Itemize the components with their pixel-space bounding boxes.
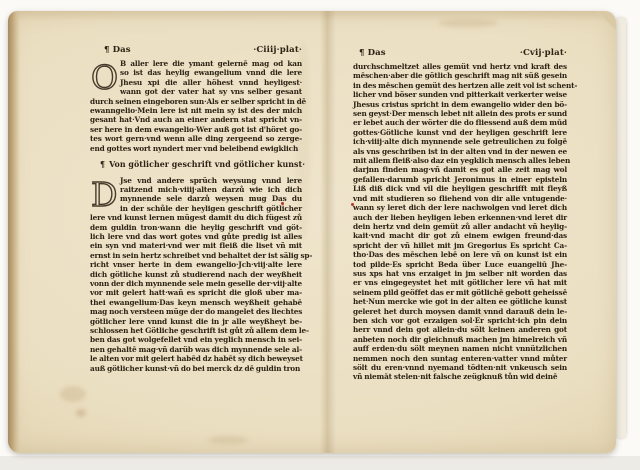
text-line: le alten vor mit gelert habēd dz habēt s… [90,354,302,363]
text-line: ich·viiij·alte dich mynnende sele getreu… [353,137,567,146]
text-line: thei ewangelium·Das keyn mensch weyßheit… [90,298,302,307]
text-line: dem guldin tron·wann die heylig geschrif… [90,223,302,232]
text-line: so ist das heylig ewangelium vnnd die le… [90,68,302,77]
text-line: vñ niemāt stelen·nit falsche zeügknuß tů… [353,372,567,381]
text-line: als vns geschriben ist in der alten vnd … [353,147,567,156]
text-line: kait·vnd macht dir got zů einem ewigen f… [353,231,567,240]
text-line: end gottes wort nyndert mer vnd beleiben… [90,144,302,153]
drop-cap-initial: O [91,60,117,96]
folio-number: ·Cvij·plat· [520,48,567,58]
text-line: tod pilde·Es spricht Beda über Luce euan… [353,260,567,269]
text-line: durch seinen eingeboren sun·Als er selbe… [90,97,302,106]
text-line: wann got der vater hat sy vns selber ges… [90,87,302,96]
text-line: auff erden·du sölt meynen namen nicht vn… [353,344,567,353]
text-line: lere vnd kunst lernen mügest damit du di… [90,213,302,222]
top-edge-toning [8,11,616,21]
text-line: anbeten noch dir gleichnuß machen jm him… [353,335,567,344]
book-spread: ¶ Das ·Ciiij·plat· OB aller lere die yma… [8,11,616,453]
text-line: Jhesus cristus spricht in dem ewangelio … [353,100,567,109]
text-line: auß götlicher kunst·vñ do bei merck dz d… [90,364,302,373]
text-line: gesant hat·Vnd auch an einer andern stat… [90,115,302,124]
text-line: in der schůle der heyligen geschrift göt… [90,204,302,213]
text-line: mēschen·aber die götlich geschrift mag n… [353,71,567,80]
text-line: dich götliche kunst zů studierend nach d… [90,270,302,279]
body-paragraph: DJse vnd andere sprüch weysung vnnd lere… [90,176,302,374]
stain [438,19,498,27]
text-line: het·Nun mercke wie got in der alten ee g… [353,297,567,306]
text-line: sus xps hat vns erzaiget in jm selber ni… [353,269,567,278]
text-line: ewanngelio·Mein lere ist nit mein sy ist… [90,106,302,115]
text-line: tes wort gern·vnd wenn alle ding zergeen… [90,134,302,143]
section-heading-text: Von götlicher geschrift vnd götlicher ku… [109,160,305,169]
text-line: sen geyst·Der mensch lebet nit allein de… [353,109,567,118]
text-line: schlossen het Götliche geschrift ist gůt… [90,326,302,335]
text-line: darjnn finden mag·vñ damit es got alle z… [353,165,567,174]
stain [60,386,86,402]
paragraph-mark-icon: ¶ [100,160,105,169]
text-line: durchschmeltzet alles gemüt vnd hertz vn… [353,62,567,71]
text-line: er lebet auch der wörter die do fliessen… [353,118,567,127]
page-edge-behind [616,18,626,438]
text-line: vonn der dich mynnende sele mein geselle… [90,279,302,288]
text-line: sölt du eren·vnnd nyemand tödten·nit vnk… [353,363,567,372]
text-line: dein hertz vnd dein gemüt zů aller andac… [353,222,567,231]
gutter-crease [320,11,336,453]
folio-number: ·Ciiij·plat· [253,45,302,55]
text-line: mag noch versteen müge der do mangelet d… [90,307,302,316]
text-line: Jhesu xpi die aller höhest vnnd heyliges… [90,78,302,87]
text-line: mynnende sele darzů weysen mug Das du [90,194,302,203]
text-line: nen gehaltē mag·vñ darüb was dich mynnen… [90,345,302,354]
text-line: licher vnd böser sunden vnd pitterkait v… [353,90,567,99]
text-line: ben sich vor got erzaigen sol·Er spricht… [353,316,567,325]
text-line: Liß diß dick vnd vil die heyligen geschr… [353,184,567,193]
text-line: ernst in sein hertz schreibet vnd behalt… [90,251,302,260]
text-line: lich lere vnd das wort gotes vnd gůte pr… [90,232,302,241]
page-right: ¶ Das ·Cvij·plat· durchschmeltzet alles … [353,48,567,382]
text-line: ben das got wolgefellet vnd ein yeglich … [90,335,302,344]
page-left: ¶ Das ·Ciiij·plat· OB aller lere die yma… [90,45,302,373]
drop-cap-initial: D [91,177,117,213]
text-line: tho·Das des mēschen lebē on lere vñ on k… [353,250,567,259]
text-line: richt vnser herte in dem ewangelio·Jch·v… [90,260,302,269]
text-line: nemmen noch den suntag enteren·vatter vn… [353,354,567,363]
text-line: in des mēschen gemüt des hertzen alle ze… [353,81,567,90]
text-line: herr vnnd dein got allein·du sölt keinen… [353,325,567,334]
header-title: Das [113,45,131,55]
text-line: raitzend mich·viiij·alten darzů wie ich … [90,185,302,194]
stain [208,436,248,444]
page-header: ¶ Das ·Ciiij·plat· [90,45,302,55]
text-line: gefallen·darumb spricht Jeronimus in ein… [353,175,567,184]
text-line: mit allem fleiß·also daz ein yegklich me… [353,156,567,165]
section-heading: ¶Von götlicher geschrift vnd götlicher k… [100,160,302,169]
text-line: auch der lieben heyligen leben erkennen·… [353,213,567,222]
text-line: seinem pild geöffet das er mit götlichē … [353,288,567,297]
text-line: Jse vnd andere sprüch weysung vnnd lere [90,176,302,185]
paragraph-mark-icon: ¶ [359,48,365,58]
text-line: wann sy leret dich der lere nachwolgen v… [353,203,567,212]
text-line: spricht der vñ hillet mit jm Gregorius E… [353,241,567,250]
left-fore-edge-shadow [8,11,20,453]
text-line: geleret het durch moysen damit vnnd dara… [353,307,567,316]
text-line: gottes·Götliche kunst vnd der heyligen g… [353,128,567,137]
header-title: Das [368,48,386,58]
body-paragraph: durchschmeltzet alles gemüt vnd hertz vn… [353,62,567,382]
text-line: er vns eingegeystet het mit götlicher le… [353,278,567,287]
stain [76,409,86,417]
text-line: ein syn vnd materi·vnd wer mit fleiß die… [90,241,302,250]
text-line: vnd mit studieren so fliehend von dir al… [353,194,567,203]
text-line: götlicher lere vnnd kunst die in jr alle… [90,317,302,326]
text-line: vor mit gelert hatt·wañ es spricht die g… [90,288,302,297]
paragraph-mark-icon: ¶ [104,45,110,55]
body-paragraph: OB aller lere die ymant gelernē mag od k… [90,59,302,153]
page-header: ¶ Das ·Cvij·plat· [353,48,567,58]
text-line: ser here in dem ewangelio·Wer auß got is… [90,125,302,134]
text-line: B aller lere die ymant gelernē mag od ka… [90,59,302,68]
